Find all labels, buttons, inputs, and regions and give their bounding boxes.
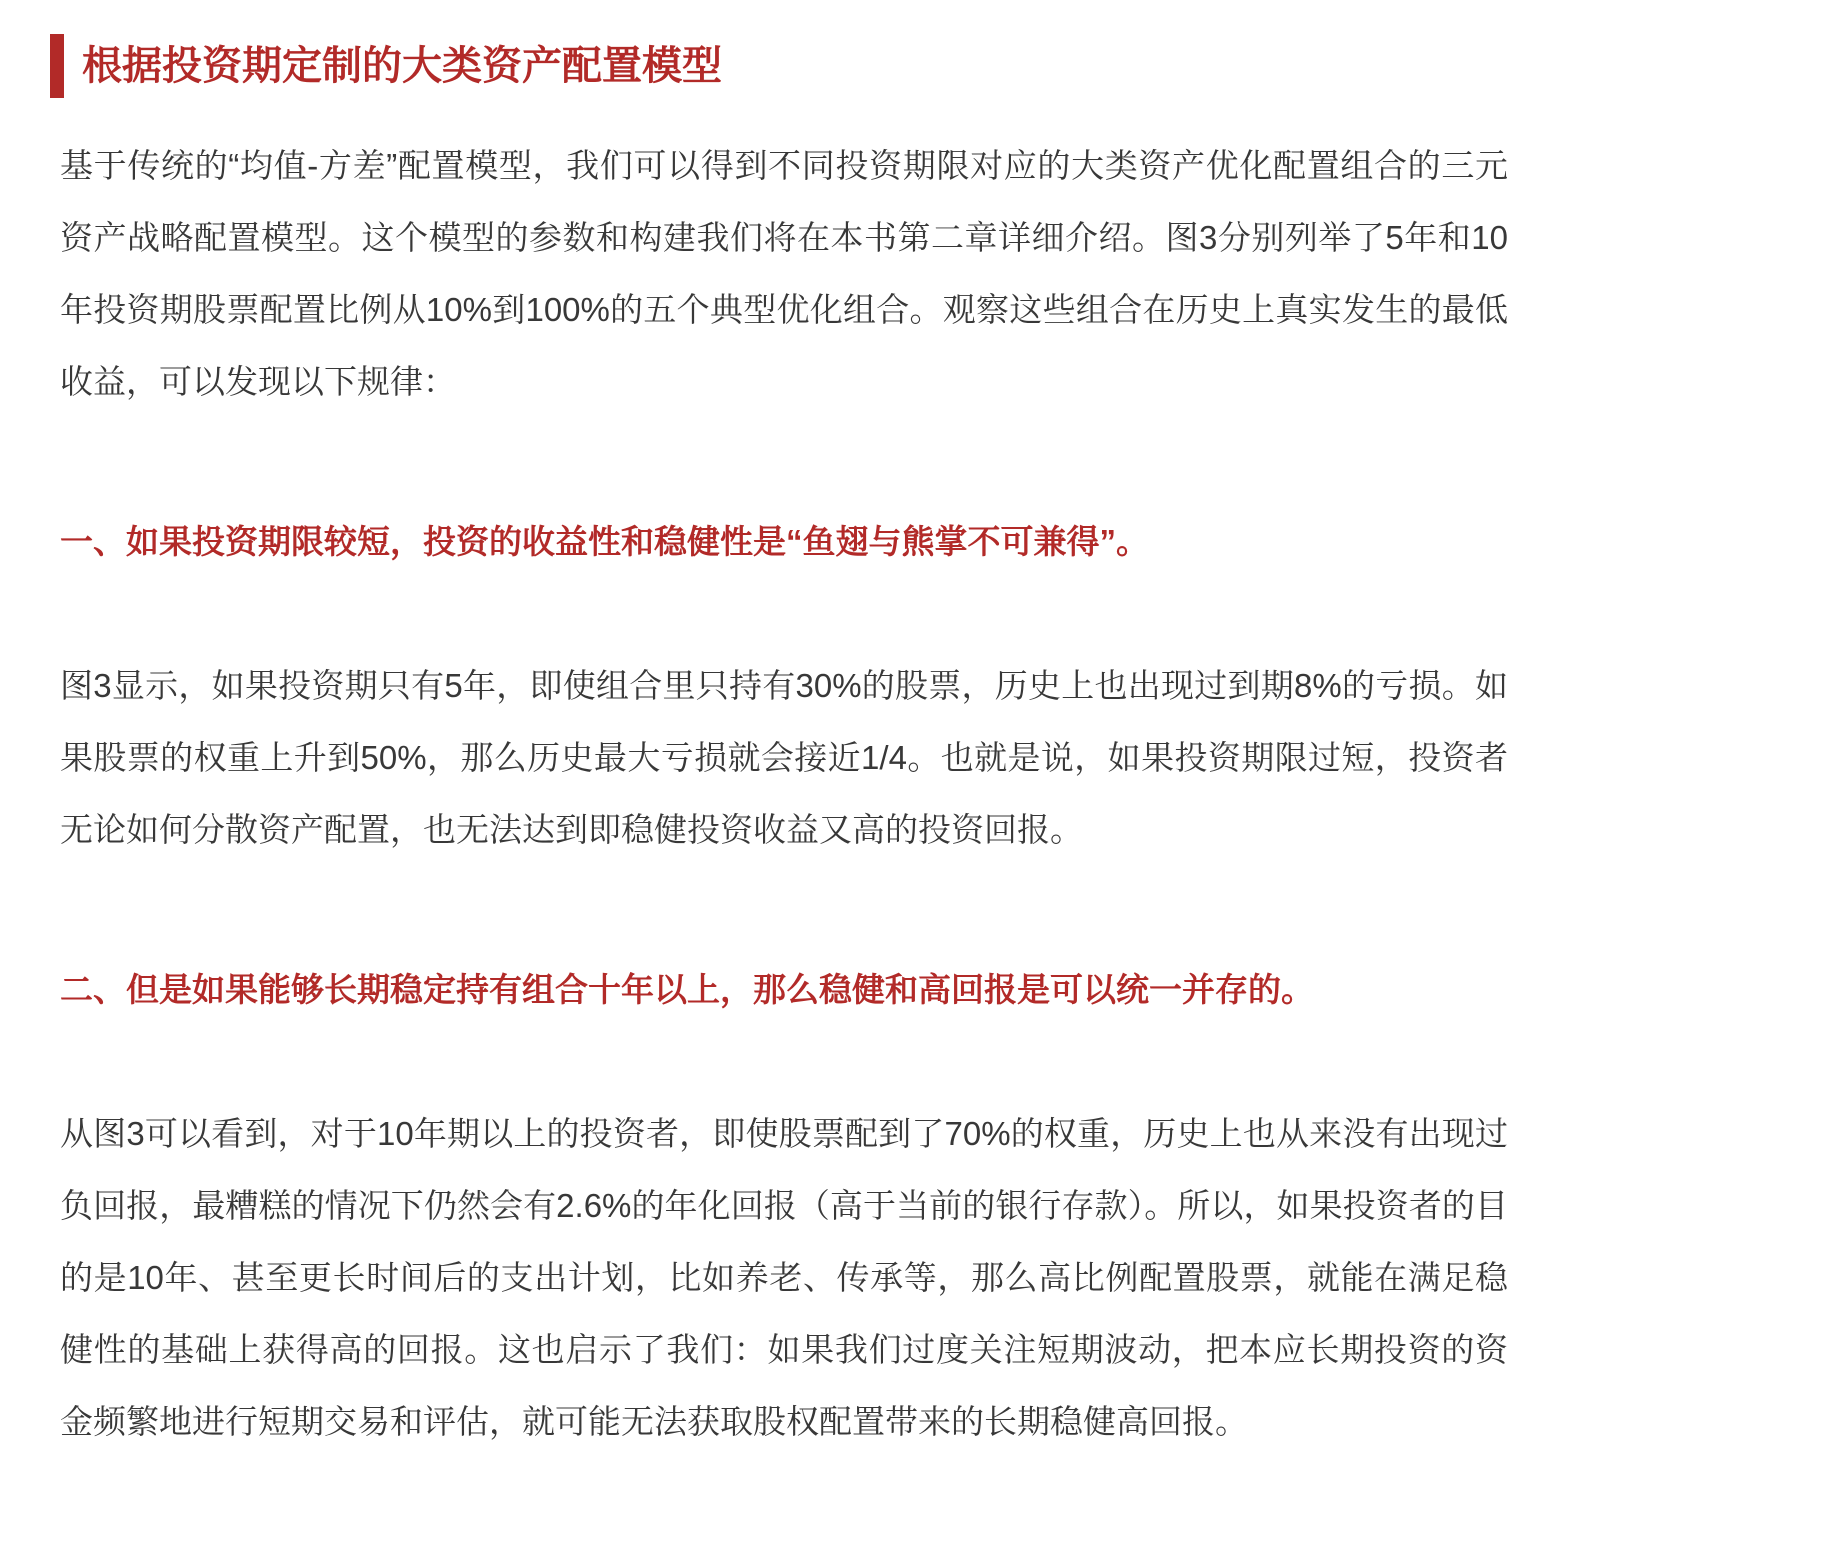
section-heading-text: 根据投资期定制的大类资产配置模型 [82,42,722,90]
section-heading: 根据投资期定制的大类资产配置模型 [50,34,1508,98]
paragraph-rule-1: 图3显示，如果投资期只有5年，即使组合里只持有30%的股票，历史上也出现过到期8… [60,650,1508,866]
subheading-rule-1: 一、如果投资期限较短，投资的收益性和稳健性是“鱼翅与熊掌不可兼得”。 [60,506,1508,578]
article-page: 根据投资期定制的大类资产配置模型 基于传统的“均值-方差”配置模型，我们可以得到… [60,0,1508,1458]
subheading-rule-2: 二、但是如果能够长期稳定持有组合十年以上，那么稳健和高回报是可以统一并存的。 [60,954,1508,1026]
paragraph-intro: 基于传统的“均值-方差”配置模型，我们可以得到不同投资期限对应的大类资产优化配置… [60,130,1508,418]
heading-accent-bar-icon [50,34,64,98]
paragraph-rule-2: 从图3可以看到，对于10年期以上的投资者，即使股票配到了70%的权重，历史上也从… [60,1098,1508,1458]
